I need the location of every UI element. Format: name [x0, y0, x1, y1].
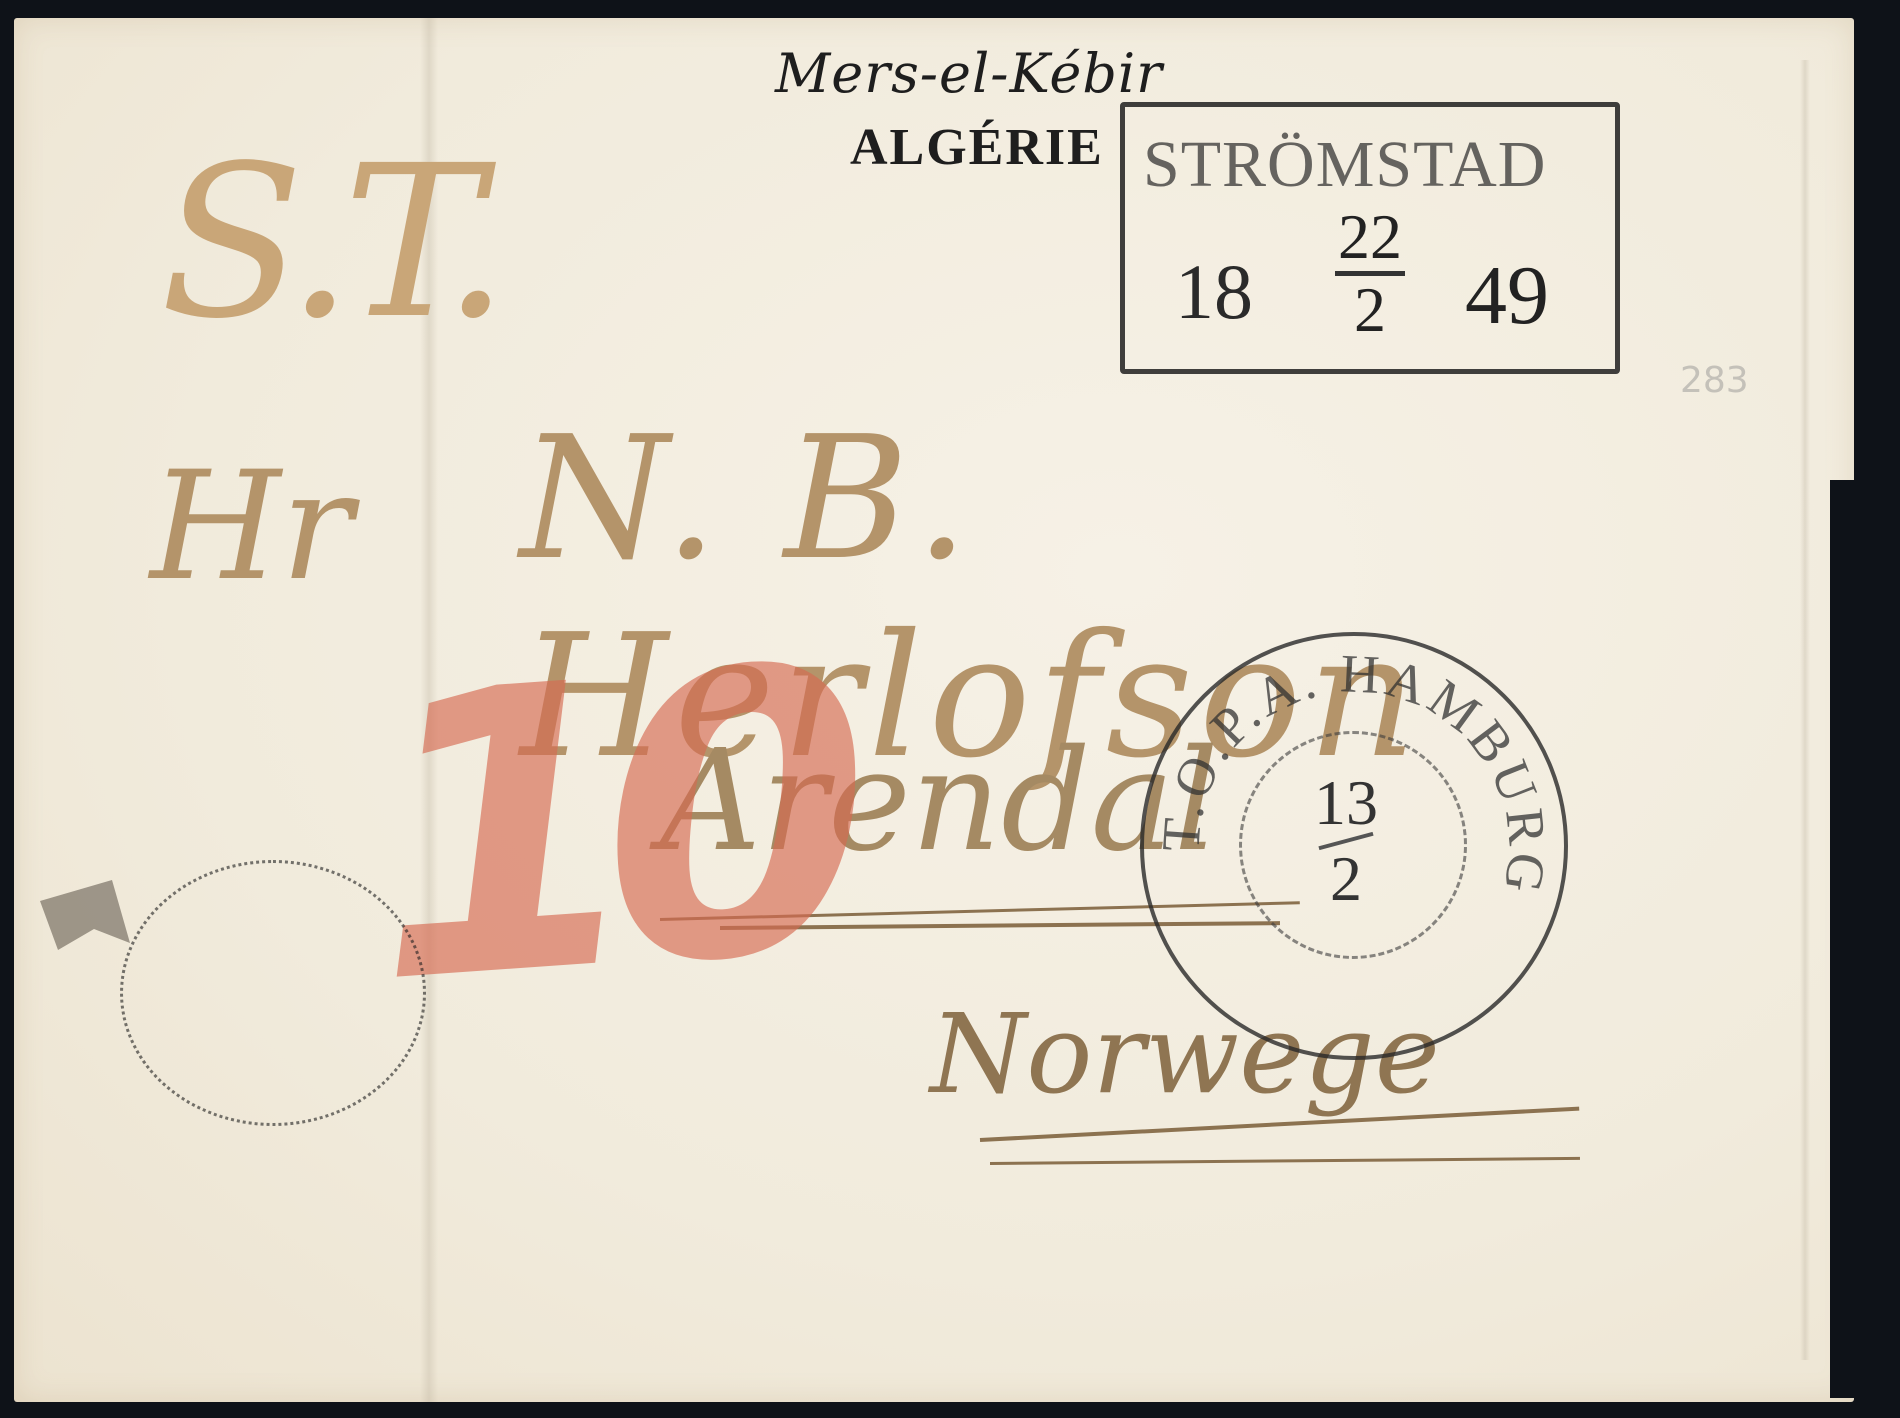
- postmark-year-suffix: 49: [1465, 247, 1549, 344]
- manuscript-initials: S.T.: [160, 120, 499, 365]
- postmark-town: STRÖMSTAD: [1143, 127, 1613, 203]
- cover-photo: Mers-el-Kébir ALGÉRIE STRÖMSTAD 18 22 2 …: [0, 0, 1900, 1418]
- boxed-transit-postmark: STRÖMSTAD 18 22 2 49: [1120, 102, 1620, 374]
- origin-postmark-line1: Mers-el-Kébir: [775, 42, 1163, 105]
- postmark-date: 13 2: [1314, 771, 1378, 911]
- postmark-year-prefix: 18: [1175, 247, 1253, 337]
- red-crayon-rate-mark: 10: [355, 584, 848, 1069]
- circular-hamburg-postmark: T.O.P.A. HAMBURG 13 2: [1140, 632, 1568, 1060]
- manuscript-honorific: Hr: [150, 440, 353, 614]
- faint-partial-postmark: [120, 860, 426, 1126]
- postmark-day: 13: [1314, 771, 1378, 835]
- postmark-month: 2: [1335, 278, 1405, 342]
- postmark-date-fraction: 22 2: [1335, 205, 1405, 342]
- postmark-day: 22: [1335, 205, 1405, 269]
- postmark-month: 2: [1314, 847, 1378, 911]
- origin-postmark-line2: ALGÉRIE: [850, 118, 1104, 177]
- pencil-annotation: 283: [1680, 360, 1749, 401]
